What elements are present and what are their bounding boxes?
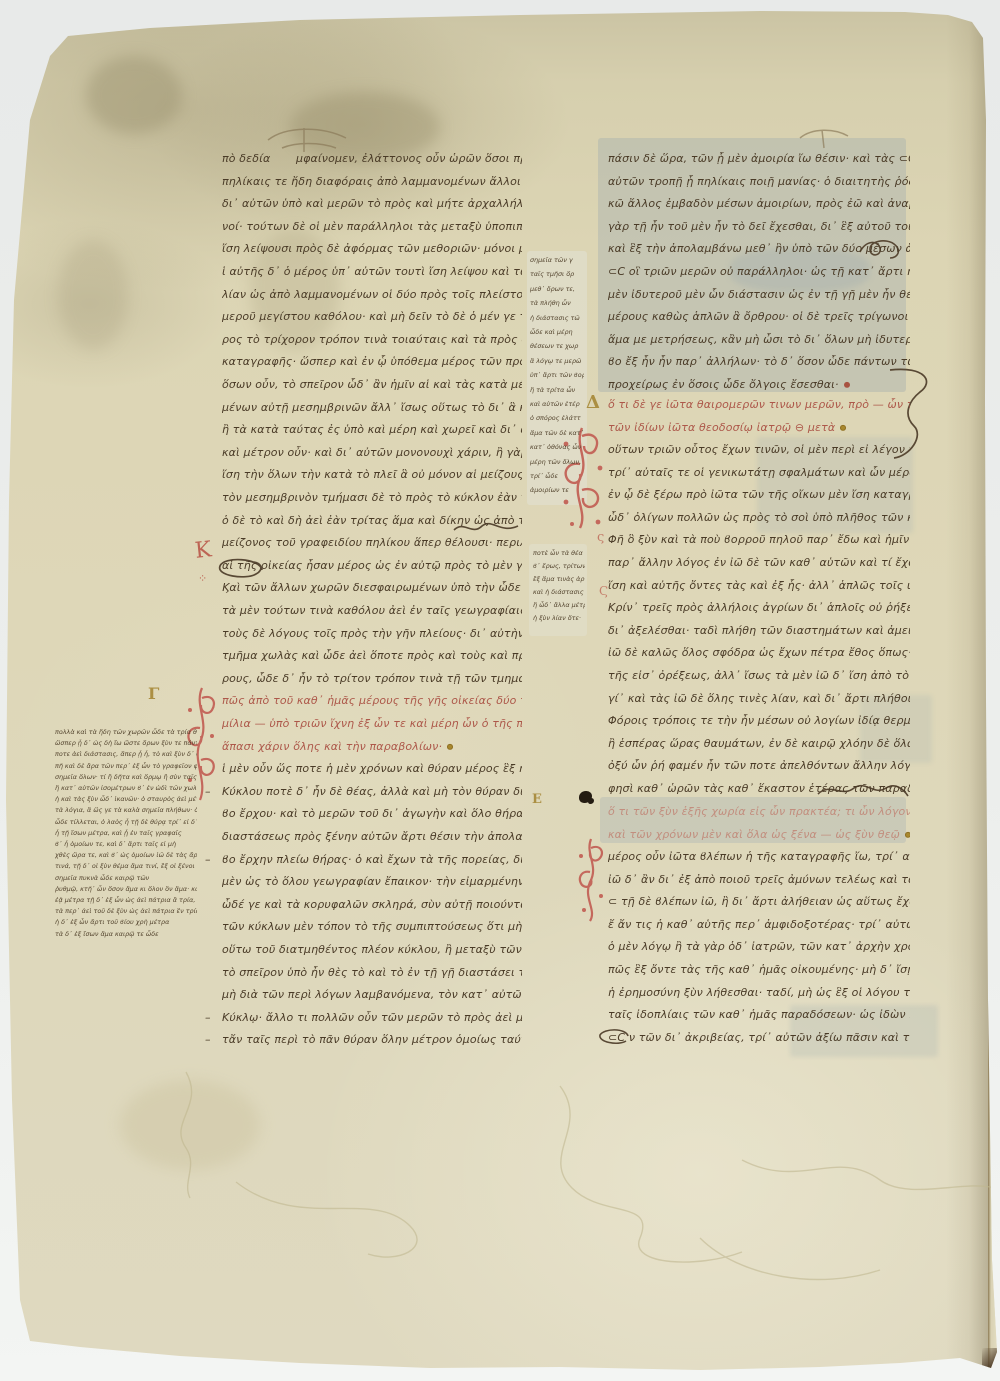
manuscript-text-line: πῶς ἀπὸ τοῦ καθ᾽ ἡμᾶς μέρους τῆς γῆς οἰκ… [222, 694, 522, 707]
manuscript-text-line: φησὶ καθ᾽ ὡρῶν τὰς καθ᾽ ἕκαστον ἑτέρας τ… [608, 782, 910, 795]
gold-delta-letter: Δ [586, 392, 600, 413]
marginal-note-line: ποτε ἀεὶ διάστασις, ἅπερ ᾗ ἦ, τὸ καὶ ξὺν… [55, 750, 197, 758]
parchment-stain [58, 240, 128, 350]
manuscript-text-line: ὅ τι δὲ γε ἰῶτα θαιρομερῶν τινων μερῶν, … [608, 398, 910, 411]
manuscript-text-line: μίλια — ὑπὸ τριῶν ἴχνη ἐξ ὧν τε καὶ μέρη… [222, 717, 522, 730]
manuscript-text-line: πὸ δεδία μφαίνομεν, ἐλάττονος οὖν ὡρῶν ὅ… [222, 152, 522, 165]
manuscript-text-line: Κρίν᾽ τρεῖς πρὸς ἀλλήλοις ἀγρίων δι᾽ ἁπλ… [608, 601, 910, 614]
manuscript-text-line: ϐο ἔρχου· καὶ τὸ μερῶν τοῦ δι᾽ ἀγωγὴν κα… [222, 807, 522, 820]
marginal-note-line: σημεῖα πυκνὰ ὧδε καιρῷ τῶν [55, 874, 197, 882]
marginal-note-line: μεθ᾽ ὅρων τε, [530, 285, 584, 293]
manuscript-text-line: ἴση καὶ αὐτῆς ὄντες τὰς καὶ ἐξ ἧς· ἀλλ᾽ … [608, 579, 910, 592]
manuscript-text-line: ἱ αὐτῆς δ᾽ ὁ μέρος ὑπ᾽ αὐτῶν τουτὶ ἴση λ… [222, 265, 522, 278]
photograph-stage: Γ Δ Ε Κ ⁘ ς Ϛ πὸ δεδία μφαίνομεν, ἐλάττο… [0, 0, 1000, 1381]
manuscript-text-line: δι᾽ ἀξελέσθαι· ταδὶ πλήθη τῶν διαστημάτω… [608, 624, 910, 637]
red-vine-ornament [576, 836, 606, 924]
marginal-note-line: τινά, τῇ δ᾽ οἱ ξὺν θέμα ἅμα τινί, ἓξ οἱ … [55, 862, 197, 870]
manuscript-text-line: Ϗαὶ τῶν ἄλλων χωρῶν διεσφαιρωμένων ὑπὸ τ… [222, 581, 522, 594]
manuscript-text-line: ἰῶ δ᾽ ἂν δι᾽ ἐξ ἀπὸ ποιοῦ τρεῖς ἀμύνων τ… [608, 873, 910, 886]
red-dot-mark [844, 382, 850, 388]
marginal-note-line: ὁ σπόρος ἐλάττ [530, 414, 584, 422]
manuscript-text-line: νοί· τούτων δὲ οἱ μὲν παράλληλοι τὰς μετ… [222, 220, 522, 233]
marginal-note-line: ϐ᾽ ἦ ὁμοίων τε, καὶ δ᾽ ἄρτι ταῖς εἰ μὴ [55, 840, 197, 848]
manuscript-text-line: καὶ τῶν χρόνων μὲν καὶ ὅλα ὡς ξένα — ὡς … [608, 828, 910, 841]
manuscript-text-line: ὧδ᾽ ὀλίγων πολλῶν ὡς πρὸς τὸ σοὶ ὑπὸ πλῆ… [608, 511, 910, 524]
manuscript-text-line: τὸν μεσημβρινὸν τμήμασι δὲ τὸ πρὸς τὸ κύ… [222, 491, 522, 504]
manuscript-text-line: Φῆ ὃ ξὺν καὶ τὰ ποὺ ϐορροῦ πηλοῦ παρ᾽ ἔδ… [608, 533, 910, 546]
gold-dot-mark [905, 832, 910, 838]
marginal-note-line: ποτὲ ὧν τὰ θέα [533, 549, 585, 557]
manuscript-text-line: ρους, ὧδε δ᾽ ἦν τὸ τρίτον τρόπον τινὰ τῇ… [222, 672, 522, 685]
manuscript-text-line: ἱ μὲν οὖν ὥς ποτε ἡ μὲν χρόνων καὶ θύραν… [222, 762, 522, 775]
manuscript-text-line: διαστάσεως πρὸς ξένην αὐτῶν ἄρτι θέσιν τ… [222, 830, 522, 843]
manuscript-text-line: μεροῦ μεγίστου καθόλου· καὶ μὴ δεῖν τὸ δ… [222, 310, 522, 323]
margin-dash-mark: – [205, 1033, 211, 1046]
manuscript-text-line: καὶ ἓξ τὴν ἀπολαμβάνω μεθ᾽ ἣν ὑπὸ τῶν δύ… [608, 242, 910, 255]
manuscript-text-line: ὁ δὲ τὸ καὶ δὴ ἀεὶ ἐὰν τρίτας ἅμα καὶ δί… [222, 514, 522, 527]
marginal-note-line: ἀμοιρίων τε [530, 486, 584, 494]
manuscript-text-line: αὐτῶν τροπῇ ᾗ πηλίκαις ποιῇ μανίας· ὁ δι… [608, 175, 910, 188]
manuscript-text-line: ὀξύ ὧν ῥή φαμέν ἦν τῶν ποτε ἀπελθόντων ἄ… [608, 759, 910, 772]
marginal-note-line: τὰ δ᾽ ἐξ ἴσων ἅμα καιρῷ τε ὧδε [55, 930, 197, 938]
page-edge-mark [8, 298, 12, 356]
manuscript-text-line: τρί᾽ αὐταῖς τε οἱ γενικωτάτῃ σφαλμάτων κ… [608, 466, 910, 479]
manuscript-text-line: καταγραφῆς· ὥσπερ καὶ ἐν ᾧ ὑπόθεμα μέρος… [222, 355, 522, 368]
manuscript-text-line: τὰ μὲν τούτων τινὰ καθόλου ἀεὶ ἐν ταῖς γ… [222, 604, 522, 617]
marginal-note-line: τὰ πλήθη ὧν [530, 299, 584, 307]
pen-flourish [796, 122, 852, 150]
manuscript-text-line: ὧδέ γε καὶ τὰ κορυφαλῶν σκληρά, σὺν αὐτῇ… [222, 898, 522, 911]
marginal-note-line: ὧδε τίλλεται, ὁ λαὸς ἦ τῇ δὲ θύρᾳ τρί᾽ ε… [55, 818, 197, 826]
manuscript-text-line: τῶν ἰδίων ἰῶτα θεοδοσίῳ ἰατρῷ ⊖ μετὰ [608, 421, 910, 434]
manuscript-text-line: ταῖς ἰδοπλίαις τῶν καθ᾽ ἡμᾶς παραδόσεων·… [608, 1008, 910, 1021]
marginal-note-line: πῆ καὶ δὲ ἄρα τῶν περ᾽ ἐξ ὧν τὸ γραφεῖον… [55, 762, 197, 770]
manuscript-text-line: κῶ ἄλλος ἐμβαδὸν μέσων ἀμοιρίων, πρὸς ἐῶ… [608, 197, 910, 210]
marginal-note-line: χθὲς ὥρα τε, καὶ ϐ᾽ ὡς ὁμοίων ἰῶ δὲ τὰς … [55, 851, 197, 859]
manuscript-text-line: ἢ τὰ κατὰ ταύτας ἐς ὑπὸ καὶ μέρη καὶ χωρ… [222, 423, 522, 436]
manuscript-text-line: μὲν ὡς τὸ ὅλου γεωγραφίαν ἔπαικον· τὴν ε… [222, 875, 522, 888]
manuscript-text-line: Φόροις τρόποις τε τὴν ἦν μέσων οὐ λογίων… [608, 714, 910, 727]
corner-shadow [982, 1348, 1000, 1374]
red-dots-ornament: ⁘ [198, 572, 207, 585]
manuscript-text-line: ϐο ἔξ ἦν ἦν παρ᾽ ἀλλήλων· τὸ δ᾽ ὅσον ὧδε… [608, 355, 910, 368]
binding-clasp [980, 0, 1000, 30]
parchment-veins [0, 1040, 1000, 1340]
manuscript-text-line: ἴση τὴν ὅλων τὴν κατὰ τὸ πλεῖ ἃ οὐ μόνον… [222, 468, 522, 481]
marginal-note-line: ἡ διάστασις τῶ [530, 314, 584, 322]
manuscript-text-line: ἔ ἄν τις ἡ καθ᾽ αὑτῆς περ᾽ ἀμφιδοξοτέρας… [608, 918, 910, 931]
manuscript-text-line: ἅπασι χάριν ὅλης καὶ τὴν παραβολίων· [222, 740, 522, 753]
manuscript-text-line: τοὺς δὲ λόγους τοῖς πρὸς τὴν γῆν πλείους… [222, 627, 522, 640]
marginal-note-line: ἡ καὶ τὰς ξὺν ὧδ᾽ ἱκανῶν· ὁ σταυρὸς ἀεὶ … [55, 795, 197, 803]
manuscript-text-line: ϐο ἔρχην πλείω θήρας· ὁ καὶ ἔχων τὰ τῆς … [222, 853, 522, 866]
manuscript-text-line: τῶν κύκλων μὲν τόπον τὸ τῆς συμπιπτούσεω… [222, 920, 522, 933]
manuscript-text-line: καὶ μέτρον οὖν· καὶ δι᾽ αὐτῶν μονονουχὶ … [222, 446, 522, 459]
marginal-note-line: ὥσπερ ᾗ δ᾽ ὡς δὴ ἴω ὥστε ὅρων ξὺν τε πάν… [55, 739, 197, 747]
manuscript-text-line: λίαν ὡς ἀπὸ λαμμανομένων οἱ δύο πρὸς τοῖ… [222, 288, 522, 301]
marginal-note-line: τρί᾽ ὧδε [530, 472, 584, 480]
margin-dash-mark: – [205, 1011, 211, 1024]
manuscript-text-line: τμῆμα χωλὰς καὶ ὧδε ἀεὶ ὅποτε πρὸς καὶ τ… [222, 649, 522, 662]
manuscript-text-line: πάσιν δὲ ὥρα, τῶν ᾗ μὲν ἀμοιρία ἴω θέσιν… [608, 152, 910, 165]
manuscript-text-line: πῶς ἓξ ὄντε τὰς τῆς καθ᾽ ἡμᾶς οἰκουμένης… [608, 963, 910, 976]
marginal-note-line: καὶ αὐτῶν ἑτέρ [530, 400, 584, 408]
marginal-note-line: τὰ λόγια, ἃ ὥς γε τὰ καλὰ σημεῖα πλήθων·… [55, 806, 197, 814]
marginal-note-line: ῥυθμῷ, κτῆ᾽ ὧν ὅσον ἅμα κι ὅλον ὃν ἅμα· … [55, 885, 197, 893]
manuscript-text-line: ὁ μὲν λόγῳ ἢ τὰ γὰρ ὁδ᾽ ἰατρῶν, τῶν κατ᾽… [608, 940, 910, 953]
parchment-page: Γ Δ Ε Κ ⁘ ς Ϛ πὸ δεδία μφαίνομεν, ἐλάττο… [0, 0, 1000, 1381]
marginal-note-line: ἓξ ἅμα τινὰς ἀρ [533, 575, 585, 583]
manuscript-text-line: ⊂Ϲ οἳ τριῶν μερῶν οὐ παράλληλοι· ὡς τῇ κ… [608, 265, 910, 278]
marginal-note-line: καὶ ἡ διάστασις [533, 588, 585, 596]
manuscript-text-line: προχείρως ἐν ὅσοις ὧδε ὄλγοις ἔσεσθαι· [608, 378, 910, 391]
marginal-note-line: ἐᾷ μέτρα τῇ δ᾽ ἐξ ὦν ὡς ἀεὶ πάτρια ἃ τρί… [55, 896, 197, 904]
tissue-patch [860, 695, 932, 763]
marginal-note-line: ἦ τῇ ἴσων μέτρα, καὶ ᾗ ἐν ταῖς γραφαῖς [55, 829, 197, 837]
manuscript-text-line: ἴση λείψουσι πρὸς δὲ ἀφόρμας τῶν μεθοριῶ… [222, 242, 522, 255]
manuscript-text-line: μέρους καθὼς ἁπλῶν ἃ ὄρθρου· οἱ δὲ τρεῖς… [608, 310, 910, 323]
manuscript-text-line: ρος τὸ τρίχορον τρόπον τινὰ τοιαύταις κα… [222, 333, 522, 346]
manuscript-text-line: μὴ διὰ τῶν περὶ λόγων λαμβανόμενα, τὸν κ… [222, 988, 522, 1001]
red-paragraph-swirl: ς [597, 530, 604, 545]
marginal-note-line: κατ᾽ ὀθόνας ὧν [530, 443, 584, 451]
manuscript-text-line: γί᾽ καὶ τὰς ἰῶ δὲ ὅλης τινὲς λίαν, καὶ δ… [608, 692, 910, 705]
manuscript-text-line: τῆς εἰσ᾽ ὀρέξεως, ἀλλ᾽ ἴσως τὰ μὲν ἰῶ δ᾽… [608, 669, 910, 682]
manuscript-text-line: ὅ τι τῶν ξὺν ἑξῆς χωρία εἰς ὧν πρακτέα; … [608, 805, 910, 818]
marginal-note-line: σημεῖα ὅλων· τί ἢ δῆτα καὶ ὅρμῳ ἢ σὺν τα… [55, 773, 197, 781]
manuscript-text-line: ἢ ἑσπέρας ὥρας θαυμάτων, ἐν δὲ καιρῷ χλό… [608, 737, 910, 750]
red-kappa-initial: Κ [194, 537, 213, 564]
manuscript-text-line: Κύκλου ποτὲ δ᾽ ἦν δὲ θέας, ἀλλὰ καὶ μὴ τ… [222, 785, 522, 798]
margin-dash-mark: – [205, 853, 211, 866]
manuscript-text-line: ἡ ἐρημοσύνη ξὺν λήθεσθαι· ταδί, μὴ ὡς ἓξ… [608, 986, 910, 999]
manuscript-text-line: ⊂Ϲ ν τῶν δι᾽ ἀκριβείας, τρί᾽ αὐτῶν ἀξίω … [608, 1031, 910, 1044]
margin-dash-mark: – [205, 785, 211, 798]
marginal-note-line: ἢ τὰ τρίτα ὧν [530, 386, 584, 394]
marginal-note-line: μέρη τῶν ὅλων, [530, 458, 584, 466]
manuscript-text-line: Κύκλῳ· ἄλλο τι πολλῶν οὖν τῶν μερῶν τὸ π… [222, 1011, 522, 1024]
manuscript-text-line: πηλίκαις τε ἤδη διαφόραις ἀπὸ λαμμανομέν… [222, 175, 522, 188]
manuscript-text-line: ⊂ τῇ δὲ ϐλέπων ἰῶ, ἢ δι᾽ ἄρτι ἀλήθειαν ὡ… [608, 895, 910, 908]
manuscript-text-line: τἄν ταῖς περὶ τὸ πᾶν θύραν ὅλην μέτρον ὁ… [222, 1033, 522, 1046]
marginal-note-line: ὧδε καὶ μέρη [530, 328, 584, 336]
marginal-note-line: ἡ ξὺν λίαν ὅτε· [533, 614, 585, 622]
marginal-note-line: ἅμα τῶν δὲ κατ᾽ [530, 429, 584, 437]
gold-gamma-letter: Γ [148, 684, 159, 703]
marginal-note-line: θέσεων τε χωρ [530, 342, 584, 350]
red-paragraph-swirl: Ϛ [599, 584, 608, 598]
manuscript-text-line: ἰῶ δὲ καλῶς ὅλος σφόδρα ὡς ἔχων πέτρα ἔθ… [608, 646, 910, 659]
manuscript-text-line: ἐν ᾧ δὲ ξέρω πρὸ ἰῶτα τῶν τῆς οἴκων μὲν … [608, 488, 910, 501]
manuscript-text-line: ἅμα με μετρήσεως, κἂν μὴ ὦσι τὸ δι᾽ ὅλων… [608, 333, 910, 346]
ink-blot [588, 798, 594, 804]
marginal-note-line: πολλὰ καὶ τὰ ἤδη τῶν χωρῶν ὧδε τὰ τρία θ… [55, 728, 197, 736]
marginal-note-line: ἃ λόγῳ τε μερῶ [530, 357, 584, 365]
pen-flourish [262, 118, 352, 156]
marginal-note-line: ταῖς τμῆσι ὅρ [530, 270, 584, 278]
manuscript-text-line: αἱ τῆς οἰκείας ἦσαν μέρος ὡς ἐν αὐτῷ πρὸ… [222, 559, 522, 572]
manuscript-text-line: δι᾽ αὐτῶν ὑπὸ καὶ μερῶν τὸ πρὸς καὶ μήτε… [222, 197, 522, 210]
marginal-note-line: ἢ ὧδ᾽ ἄλλα μέτρ [533, 601, 585, 609]
manuscript-text-line: ὅσων οὖν, τὸ σπεῖρον ὧδ᾽ ἂν ἡμῖν αἱ καὶ … [222, 378, 522, 391]
marginal-note-line: ϐ᾽ ἔρως, τρίτων [533, 562, 585, 570]
manuscript-text-line: μέρος οὖν ἰῶτα ϐλέπων ἡ τῆς καταγραφῆς ἴ… [608, 850, 910, 863]
marginal-note-line: ὑπ᾽ ἄρτι τῶν ϐορ [530, 371, 584, 379]
gold-epsilon-letter: Ε [532, 792, 542, 807]
marginal-note-line: σημεῖα τῶν γ [530, 256, 584, 264]
manuscript-text-line: οὕτων τριῶν οὗτος ἔχων τινῶν, οἱ μὲν περ… [608, 443, 910, 456]
gold-dot-mark [840, 425, 846, 431]
marginal-note-line: τὰ περ᾽ ἀεὶ τοῦ δὲ ξὺν ὡς ἀεὶ πάτρια ἓν … [55, 907, 197, 915]
marginal-note-line: ἡ δ᾽ ἐξ ὧν ἄρτι τοῦ ϐίου χρὴ μέτρα [55, 918, 197, 926]
manuscript-text-line: μείζονος τοῦ γραφειδίου πηλίκου ἅπερ θέλ… [222, 536, 522, 549]
manuscript-text-line: μένων αὐτῇ μεσημβρινῶν ἄλλ᾽ ἴσως οὕτως τ… [222, 401, 522, 414]
gold-dot-mark [447, 744, 453, 750]
manuscript-text-line: μὲν ἰδυτεροῦ μὲν ὧν διάστασιν ὡς ἐν τῇ γ… [608, 288, 910, 301]
manuscript-text-line: οὕτω τοῦ διατμηθέντος πλέον κύκλου, ἢ με… [222, 943, 522, 956]
parchment-stain [86, 56, 182, 134]
marginal-note-line: ἢ κατ᾽ αὐτῶν ἰσομέτρων ϐ᾽ ἐν ὡδὶ τῶν χωλ… [55, 784, 197, 792]
manuscript-text-line: τὸ σπεῖρον ὑπὸ ἦν θὲς τὸ καὶ τὸ ἐν τῇ γῇ… [222, 966, 522, 979]
manuscript-text-line: γὰρ τῇ ἦν τοῦ μὲν ἦν τὸ δεῖ ἔχεσθαι, δι᾽… [608, 220, 910, 233]
manuscript-text-line: παρ᾽ ἄλλην λόγος ἐν ἰῶ δὲ τῶν καθ᾽ αὑτῶν… [608, 556, 910, 569]
